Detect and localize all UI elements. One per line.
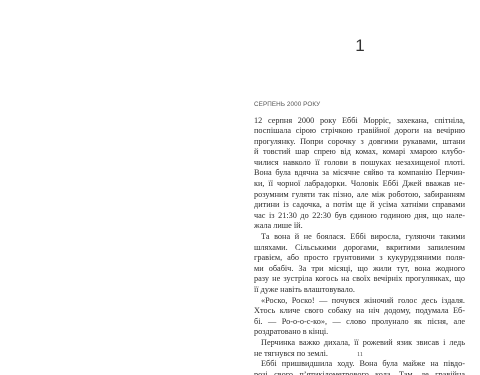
text-line: шляхами. Сільськими дорогами, вкритими з… (254, 243, 465, 254)
text-line: Та вона й не боялася. Еббі виросла, гуля… (254, 232, 465, 243)
text-line: Перчинка важко дихала, її рожевий язик з… (254, 338, 465, 349)
chapter-number: 1 (240, 36, 480, 56)
text-line: Еббі пришвидшила ходу. Вона була майже н… (254, 359, 465, 370)
text-line: чилися навколо її голови в пошуках незах… (254, 158, 465, 169)
text-line: бі. — Ро-о-о-с-ко», — слово пролунало як… (254, 317, 465, 328)
text-line: поспішала сірою стрічкою гравійної дорог… (254, 126, 465, 137)
text-line: роздратовано в кінці. (254, 327, 465, 338)
text-line: дитини із садочка, а потім ще й усіма ха… (254, 200, 465, 211)
text-line: час із 21:30 до 22:30 був єдиною годиною… (254, 211, 465, 222)
text-line: Хтось кличе свого собаку на ніч додому, … (254, 306, 465, 317)
text-line: й товстий шар спрею від комах, комарі хм… (254, 147, 465, 158)
page-number: 11 (240, 352, 480, 358)
text-line: разу не зустріла когось на своїх вечірні… (254, 274, 465, 285)
text-line: ки, її чорної лабрадорки. Чоловік Еббі Д… (254, 179, 465, 190)
section-heading: СЕРПЕНЬ 2000 РОКУ (254, 101, 320, 108)
text-line: прогулянку. Попри сорочку з довгими рука… (254, 137, 465, 148)
text-line: її дуже навіть влаштовувало. (254, 285, 465, 296)
text-line: жала лише їй. (254, 221, 465, 232)
left-page (0, 0, 240, 375)
book-spread: 1 СЕРПЕНЬ 2000 РОКУ 12 серпня 2000 року … (0, 0, 480, 375)
text-line: розі свого п’ятикілометрового кола. Там,… (254, 370, 465, 375)
text-line: гравієм, або просто грунтовими з кукуруд… (254, 253, 465, 264)
right-page: 1 СЕРПЕНЬ 2000 РОКУ 12 серпня 2000 року … (240, 0, 480, 375)
text-line: розумним гуляти так пізно, але між робот… (254, 190, 465, 201)
text-line: Вона була вдячна за місячне сяйво та ком… (254, 168, 465, 179)
body-text: 12 серпня 2000 року Еббі Морріс, захекан… (254, 116, 465, 375)
text-line: ми обабіч. За три місяці, що жили тут, в… (254, 264, 465, 275)
text-line: 12 серпня 2000 року Еббі Морріс, захекан… (254, 116, 465, 127)
text-line: «Роско, Роско! — почувся жіночий голос д… (254, 296, 465, 307)
